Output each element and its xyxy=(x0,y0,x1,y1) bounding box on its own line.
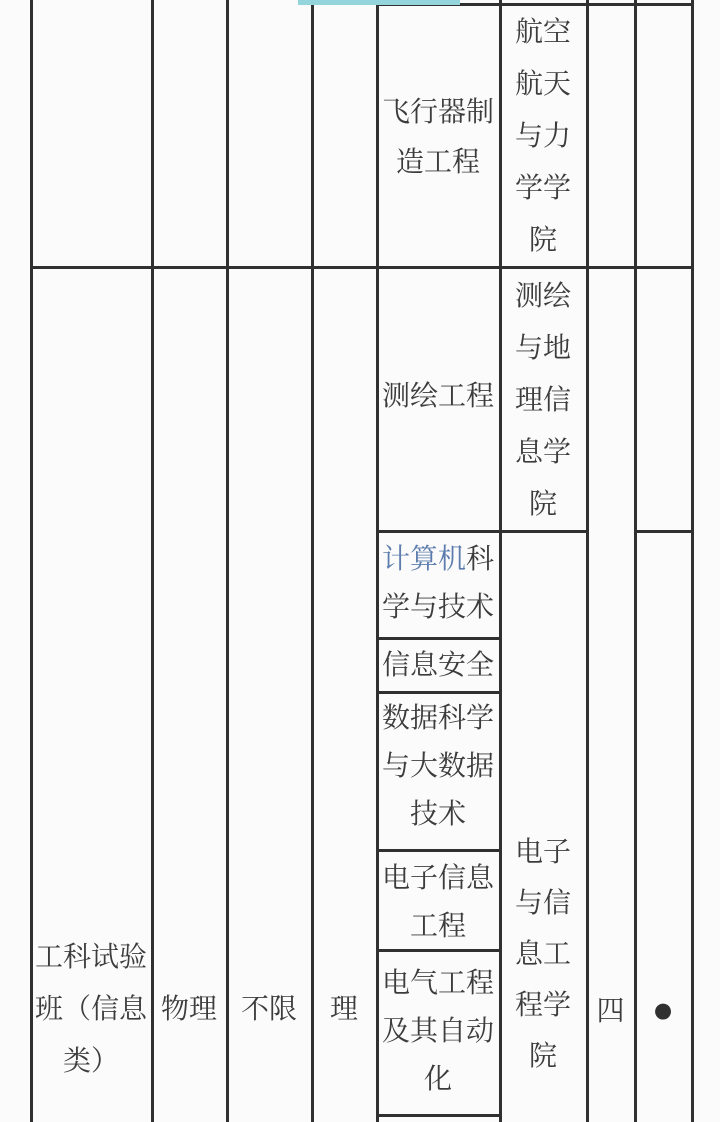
grid-line-h-group-divider xyxy=(30,266,694,269)
indicator-dot: ● xyxy=(635,991,691,1028)
selection-highlight-strip xyxy=(298,0,460,5)
cell-class-engineering-experimental-info: 工科试验 班（信息 类） xyxy=(31,931,151,1087)
cell-subject-physics: 物理 xyxy=(152,983,226,1035)
cell-college-surveying-geoinformation: 测绘 与地 理信 息学 院 xyxy=(500,270,586,530)
grid-line-h-indicator-top xyxy=(634,530,694,533)
grid-line-h-survey-bottom xyxy=(376,530,589,533)
cell-major-surveying-engineering: 测绘工程 xyxy=(377,370,499,422)
cell-college-electronics-information: 电子 与信 息工 程学 院 xyxy=(500,826,586,1081)
grid-line-v-col3-col4 xyxy=(311,0,314,1122)
cell-college-aerospace-mechanics: 航空 航天 与力 学学 院 xyxy=(500,6,586,266)
grid-line-h-elecauto-bottom xyxy=(376,1114,502,1117)
cell-major-data-science-bigdata: 数据科学 与大数据 技术 xyxy=(377,694,499,838)
cell-major-electrical-automation: 电气工程 及其自动 化 xyxy=(377,959,499,1103)
grid-line-v-table-right xyxy=(691,0,694,1122)
grid-line-v-col6-col7 xyxy=(586,0,589,1122)
grid-line-v-col1-col2 xyxy=(151,0,154,1122)
grid-line-h-datasci-bottom xyxy=(376,849,502,852)
grid-line-v-col2-col3 xyxy=(226,0,229,1122)
cell-major-electronic-information: 电子信息 工程 xyxy=(377,854,499,950)
cell-major-computer-science: 计算机科 学与技术 xyxy=(377,535,499,631)
grid-line-v-col7-col8 xyxy=(634,0,637,1122)
cell-major-information-security: 信息安全 xyxy=(377,639,499,691)
cell-major-flight-vehicle-manufacturing: 飞行器制 造工程 xyxy=(377,87,499,187)
cell-category-science: 理 xyxy=(312,983,376,1035)
search-highlight-computer: 计算机 xyxy=(382,543,466,574)
cell-subject-no-limit: 不限 xyxy=(227,983,311,1035)
cell-duration-four-years: 四 xyxy=(587,985,634,1037)
document-table-screenshot: 飞行器制 造工程 航空 航天 与力 学学 院 工科试验 班（信息 类） 物理 不… xyxy=(0,0,720,1122)
